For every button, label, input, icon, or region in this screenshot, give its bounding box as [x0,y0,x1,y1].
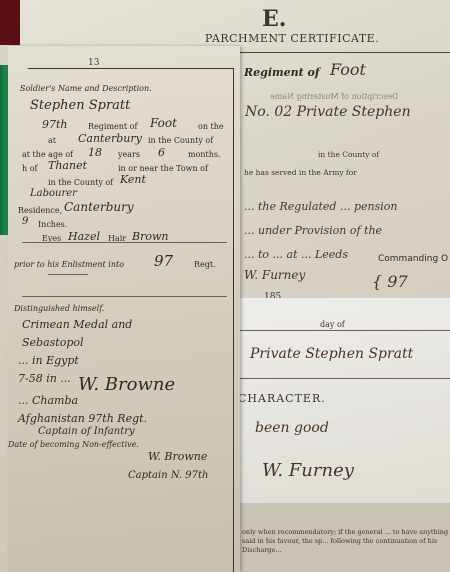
slip-rule [236,378,450,379]
day-label: day of [320,320,345,329]
county-label: in the County of [318,150,379,159]
distinguished-line: ... Chamba [18,394,78,407]
section-title: Soldier's Name and Description. [20,84,152,93]
handwritten-line: ... under Provision of the [244,224,382,237]
captain-title: Captain N. 97th [128,470,208,481]
distinguished-line: Afghanistan 97th Regt. [18,412,147,425]
months-label: months. [188,150,221,159]
inches-label: Inches. [38,220,67,229]
photo-scene: E. PARCHMENT CERTIFICATE. Regiment of Fo… [0,0,450,572]
distinguished-line: Sebastopol [22,336,84,349]
section-rule [22,296,227,297]
regiment-value: Foot [330,60,366,79]
regiment-number: { 97 [372,272,408,291]
prior-label: prior to his Enlistment into [14,260,124,269]
page-number: 13 [88,58,99,68]
residence-value: Canterbury [64,200,134,214]
place-value: Canterbury [78,132,142,145]
at-label: at [48,136,56,145]
years-label: years [118,150,140,159]
distinguished-line: ... in Egypt [18,354,79,367]
large-signature: W. Browne [78,374,175,395]
private-line: No. 02 Private Stephen [245,104,411,120]
service-booklet: 13 Soldier's Name and Description. Steph… [8,46,240,572]
character-value: been good [255,420,329,436]
character-label: CHARACTER. [238,392,326,405]
slip-signature: W. Furney [262,460,354,481]
distinguished-label: Distinguished himself. [14,304,104,313]
on-the-label: on the [198,122,224,131]
commanding-label: Commanding O [378,254,448,264]
age-label: at the age of [22,150,73,159]
captain-line: Captain of Infantry [38,426,135,437]
handwritten-line: ... to ... at ... Leeds [244,248,348,261]
distinguished-line: 7-58 in ... [18,372,71,385]
fine-print: only when recommendatory; if the general… [242,528,450,555]
certificate-title: PARCHMENT CERTIFICATE. [205,32,379,45]
regiment-label: Regiment of [244,66,320,79]
trade-value: Labourer [30,188,77,199]
regt-label: Regt. [194,260,216,269]
soldier-name: Stephen Spratt [30,98,130,113]
near-town-label: in or near the Town of [118,164,208,173]
height-value: 9 [22,216,28,227]
served-label: he has served in the Army for [244,168,357,177]
title-rule [238,52,450,53]
birth-value: Thanet [48,159,87,172]
certificate-letter: E. [262,6,286,32]
residence-label: Residence, [18,206,62,215]
birth-label: h of [22,164,37,173]
officer-signature: W. Furney [244,268,305,282]
age-years: 18 [88,146,102,159]
slip-rule [236,330,450,331]
county-value: Kent [120,173,146,186]
distinguished-line: Crimean Medal and [22,318,132,331]
private-line: Private Stephen Spratt [250,346,413,362]
regiment-label: Regiment of [88,122,137,131]
county-label: in the County of [48,178,113,187]
captain-signature: W. Browne [148,450,207,463]
regiment-prefix: 97th [42,118,68,131]
regt-number: 97 [154,252,173,270]
noneffective-label: Date of becoming Non-effective. [8,440,139,449]
regiment-value: Foot [150,116,177,130]
short-rule [48,274,88,275]
section-rule [22,242,227,243]
county-of-label: in the County of [148,136,213,145]
bleed-through-text: Description of Mustering Name [270,92,399,101]
handwritten-line: ... the Regulated ... pension [244,200,397,213]
age-months: 6 [158,146,165,159]
